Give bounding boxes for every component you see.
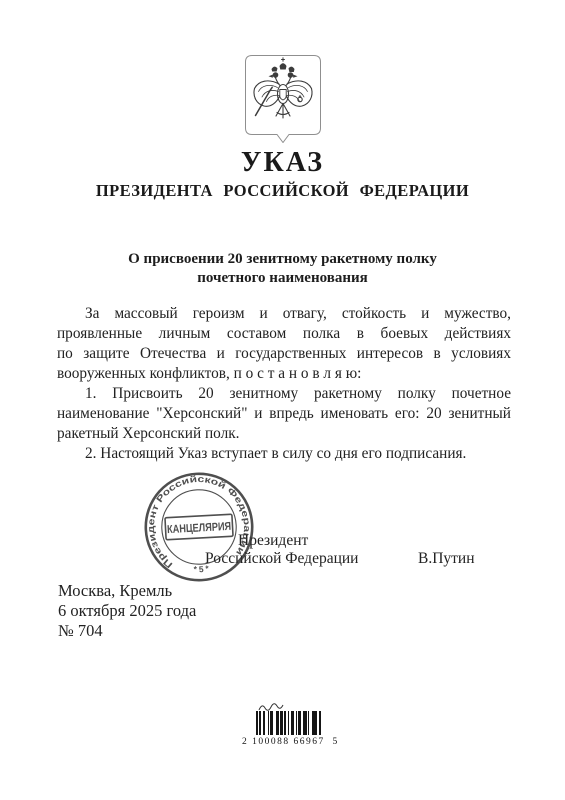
body-line: ракетный Херсонский полк. bbox=[57, 424, 511, 444]
decree-title: УКАЗ bbox=[0, 147, 565, 179]
footer-number: № 704 bbox=[58, 621, 103, 641]
body-line: За массовый героизм и отвагу, стойкость … bbox=[57, 304, 511, 324]
decree-body: За массовый героизм и отвагу, стойкость … bbox=[57, 304, 511, 464]
decree-subject: О присвоении 20 зенитному ракетному полк… bbox=[70, 250, 495, 287]
decree-subtitle: ПРЕЗИДЕНТА РОССИЙСКОЙ ФЕДЕРАЦИИ bbox=[0, 181, 565, 201]
stamp-bottom-text: * 5 * bbox=[193, 563, 211, 575]
body-line: вооруженных конфликтов, п о с т а н о в … bbox=[57, 364, 511, 384]
decree-page: УКАЗ ПРЕЗИДЕНТА РОССИЙСКОЙ ФЕДЕРАЦИИ О п… bbox=[0, 0, 565, 800]
barcode bbox=[256, 711, 323, 735]
body-line: 1. Присвоить 20 зенитному ракетному полк… bbox=[57, 384, 511, 404]
signature-name: В.Путин bbox=[418, 550, 475, 568]
body-line: по защите Отечества и государственных ин… bbox=[57, 344, 511, 364]
barcode-digits: 2 100088 66967 5 bbox=[242, 737, 338, 747]
footer-place: Москва, Кремль bbox=[58, 581, 172, 601]
chancellery-stamp: Президент Российской Федерации * 5 * КАН… bbox=[139, 467, 259, 587]
coat-of-arms bbox=[245, 55, 321, 143]
svg-text:* 5 *: * 5 * bbox=[193, 563, 211, 575]
body-line: наименование "Херсонский" и впредь имено… bbox=[57, 404, 511, 424]
footer-date: 6 октября 2025 года bbox=[58, 601, 196, 621]
subject-line-2: почетного наименования bbox=[70, 269, 495, 288]
body-line: 2. Настоящий Указ вступает в силу со дня… bbox=[57, 444, 511, 464]
body-line: проявленные личным составом полка в боев… bbox=[57, 324, 511, 344]
subject-line-1: О присвоении 20 зенитному ракетному полк… bbox=[70, 250, 495, 269]
